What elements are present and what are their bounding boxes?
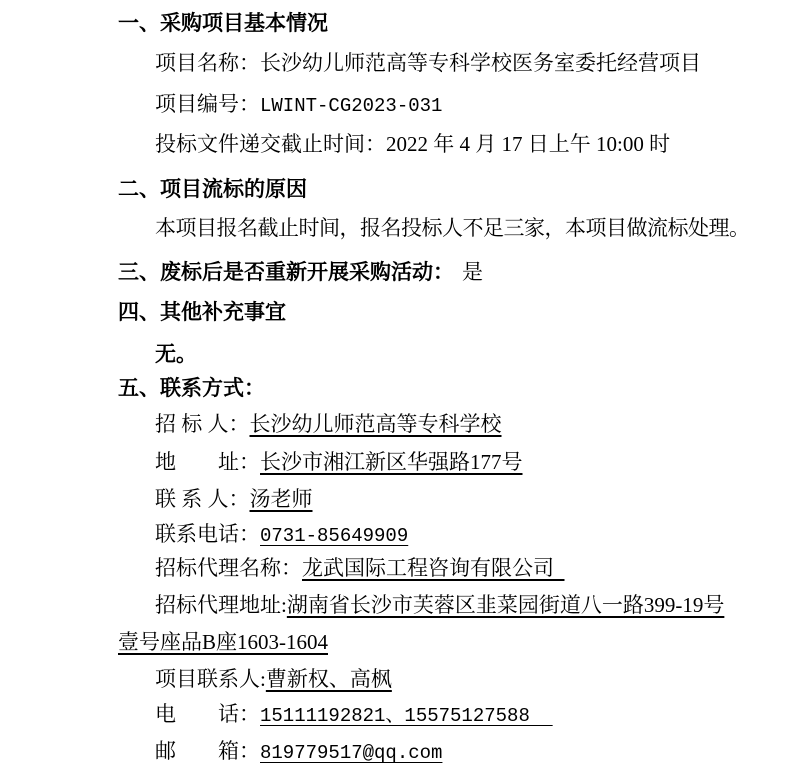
contact-row-address: 地 址：长沙市湘江新区华强路177号 bbox=[155, 449, 768, 486]
contact-row-tel: 电 话：15111192821、15575127588 bbox=[155, 701, 768, 738]
contact-row-phone: 联系电话：0731-85649909 bbox=[155, 521, 768, 555]
contact-value: 汤老师 bbox=[250, 487, 313, 511]
section-2-heading: 二、项目流标的原因 bbox=[118, 176, 768, 215]
contact-value: 长沙幼儿师范高等专科学校 bbox=[250, 412, 502, 436]
contact-value: 15111192821、15575127588 bbox=[260, 705, 553, 727]
contact-value: 0731-85649909 bbox=[260, 525, 408, 547]
section-4-body: 无。 bbox=[155, 341, 768, 375]
contact-row-project-contacts: 项目联系人:曹新权、高枫 bbox=[155, 666, 768, 701]
contact-value: 819779517@qq.com bbox=[260, 742, 442, 764]
bid-deadline-value: 2022 年 4 月 17 日上午 10:00 时 bbox=[386, 132, 670, 156]
section-3-heading: 三、废标后是否重新开展采购活动： bbox=[118, 260, 454, 284]
contact-label: 招标代理名称： bbox=[155, 556, 302, 580]
project-name-label: 项目名称： bbox=[155, 51, 260, 75]
contact-value: 龙武国际工程咨询有限公司 bbox=[302, 556, 565, 580]
contact-label: 项目联系人: bbox=[155, 667, 266, 691]
contact-label: 联系电话： bbox=[155, 522, 260, 546]
section-4-heading: 四、其他补充事宜 bbox=[118, 299, 768, 341]
project-name-value: 长沙幼儿师范高等专科学校医务室委托经营项目 bbox=[260, 51, 701, 75]
contact-label: 招 标 人： bbox=[155, 412, 250, 436]
project-number-label: 项目编号： bbox=[155, 92, 260, 116]
section-3-heading-row: 三、废标后是否重新开展采购活动：是 bbox=[118, 259, 768, 299]
project-name-row: 项目名称：长沙幼儿师范高等专科学校医务室委托经营项目 bbox=[155, 50, 768, 91]
contact-value-line2: 壹号座品B座1603-1604 bbox=[118, 630, 328, 654]
section-5-heading: 五、联系方式： bbox=[118, 375, 768, 411]
contact-label: 联 系 人： bbox=[155, 487, 250, 511]
section-1-heading: 一、采购项目基本情况 bbox=[118, 10, 768, 50]
bid-deadline-label: 投标文件递交截止时间： bbox=[155, 132, 386, 156]
bid-deadline-row: 投标文件递交截止时间：2022 年 4 月 17 日上午 10:00 时 bbox=[155, 131, 768, 176]
contact-label: 招标代理地址: bbox=[155, 593, 287, 617]
contact-row-bidder: 招 标 人：长沙幼儿师范高等专科学校 bbox=[155, 411, 768, 449]
contact-value-line1: 湖南省长沙市芙蓉区韭菜园街道八一路399-19号 bbox=[287, 593, 725, 617]
contact-label: 电 话： bbox=[155, 702, 260, 726]
contact-label: 邮 箱： bbox=[155, 739, 260, 763]
project-number-row: 项目编号：LWINT-CG2023-031 bbox=[155, 91, 768, 131]
section-3-answer: 是 bbox=[462, 260, 483, 284]
contact-value: 长沙市湘江新区华强路177号 bbox=[260, 450, 523, 474]
failure-reason-text: 本项目报名截止时间，报名投标人不足三家，本项目做流标处理。 bbox=[155, 215, 768, 259]
contact-value: 曹新权、高枫 bbox=[266, 667, 392, 691]
document-page: 一、采购项目基本情况 项目名称：长沙幼儿师范高等专科学校医务室委托经营项目 项目… bbox=[0, 0, 788, 776]
contact-row-agency-address: 招标代理地址:湖南省长沙市芙蓉区韭菜园街道八一路399-19号壹号座品B座160… bbox=[118, 587, 768, 666]
contact-row-email: 邮 箱：819779517@qq.com bbox=[155, 738, 768, 776]
contact-row-contact-person: 联 系 人：汤老师 bbox=[155, 486, 768, 521]
project-number-value: LWINT-CG2023-031 bbox=[260, 95, 442, 117]
contact-label: 地 址： bbox=[155, 450, 260, 474]
